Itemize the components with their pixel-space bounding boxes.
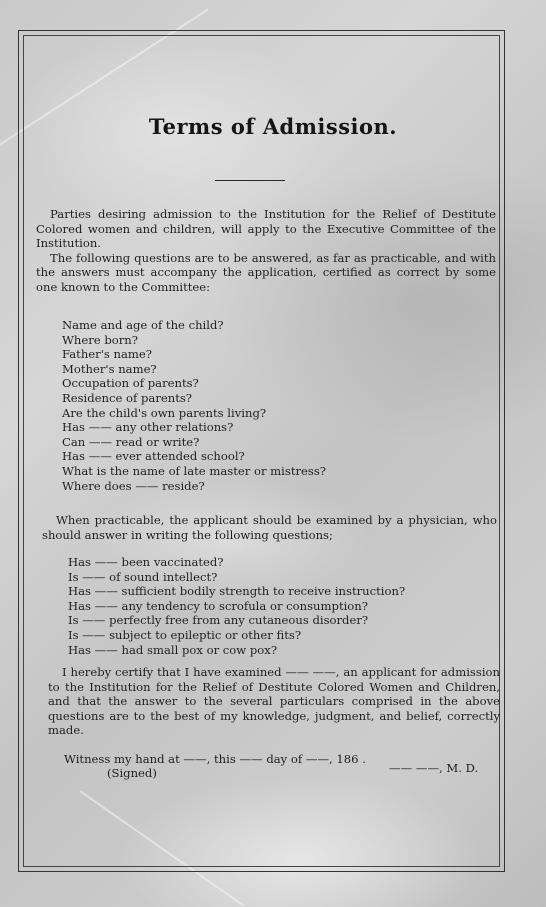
intro-paragraph-1: Parties desiring admission to the Instit…: [36, 207, 496, 251]
question-item: Residence of parents?: [62, 391, 462, 406]
question-item: What is the name of late master or mistr…: [62, 464, 462, 479]
physician-question-item: Is —— subject to epileptic or other fits…: [68, 628, 468, 643]
physician-question-item: Is —— perfectly free from any cutaneous …: [68, 613, 468, 628]
applicant-questions-list: Name and age of the child? Where born? F…: [62, 318, 462, 493]
physician-question-item: Has —— been vaccinated?: [68, 555, 468, 570]
signed-label: (Signed): [107, 766, 157, 780]
question-item: Father's name?: [62, 347, 462, 362]
question-item: Occupation of parents?: [62, 376, 462, 391]
certification-section: I hereby certify that I have examined ——…: [48, 665, 500, 738]
physician-question-item: Has —— had small pox or cow pox?: [68, 643, 468, 658]
question-item: Has —— ever attended school?: [62, 449, 462, 464]
physician-section: When practicable, the applicant should b…: [42, 513, 497, 542]
physician-question-item: Has —— any tendency to scrofula or consu…: [68, 599, 468, 614]
intro-paragraph-2: The following questions are to be answer…: [36, 251, 496, 295]
witness-text: Witness my hand at ——, this —— day of ——…: [64, 752, 366, 766]
signature-line: —— ——, M. D.: [389, 761, 478, 775]
question-item: Where born?: [62, 333, 462, 348]
signed-line: (Signed) —— ——, M. D.: [107, 766, 487, 781]
question-item: Mother's name?: [62, 362, 462, 377]
certification-paragraph: I hereby certify that I have examined ——…: [48, 665, 500, 738]
question-item: Are the child's own parents living?: [62, 406, 462, 421]
question-item: Can —— read or write?: [62, 435, 462, 450]
document-title: Terms of Admission.: [0, 114, 546, 139]
title-divider: [215, 180, 285, 181]
physician-questions-list: Has —— been vaccinated? Is —— of sound i…: [68, 555, 468, 657]
intro-section: Parties desiring admission to the Instit…: [36, 207, 496, 294]
question-item: Name and age of the child?: [62, 318, 462, 333]
physician-question-item: Has —— sufficient bodily strength to rec…: [68, 584, 468, 599]
question-item: Where does —— reside?: [62, 479, 462, 494]
physician-intro-paragraph: When practicable, the applicant should b…: [42, 513, 497, 542]
question-item: Has —— any other relations?: [62, 420, 462, 435]
physician-question-item: Is —— of sound intellect?: [68, 570, 468, 585]
